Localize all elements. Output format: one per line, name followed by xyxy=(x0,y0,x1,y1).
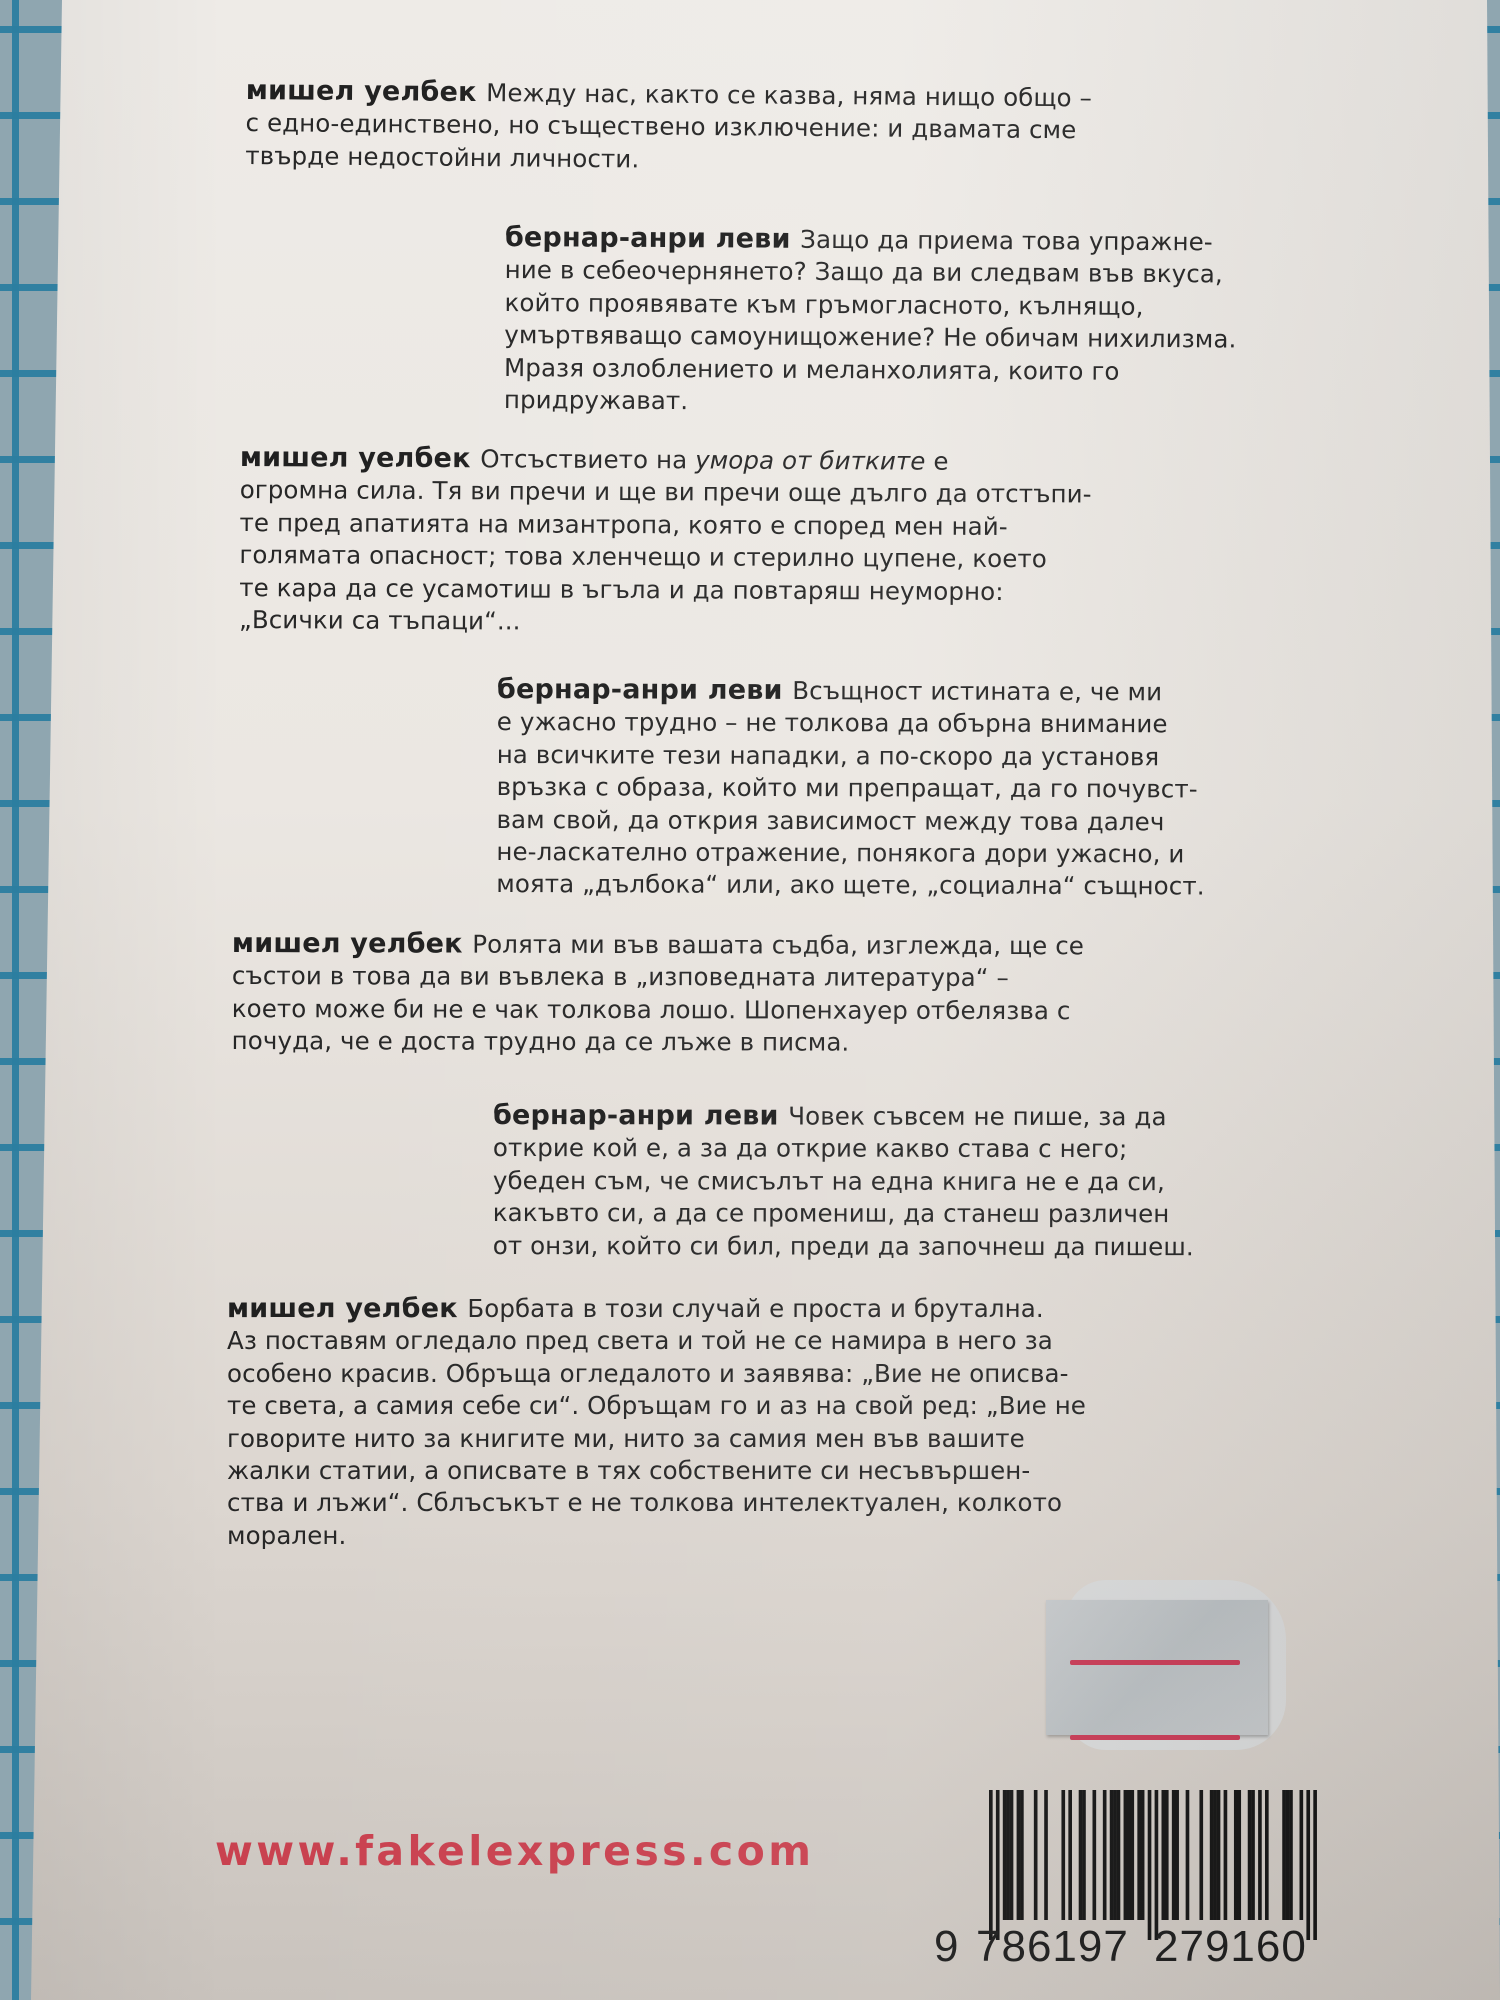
isbn-barcode: 9 786197 279160 xyxy=(934,1782,1334,1972)
publisher-url: www.fakelexpress.com xyxy=(215,1827,814,1875)
body-text: твърде недостойни личности. xyxy=(245,141,639,173)
body-text: „Всички са тъпаци“... xyxy=(239,605,521,635)
text-line: вам свой, да открия зависимост между тов… xyxy=(496,804,1204,839)
text-line: ства и лъжи“. Сблъсъкът е не толкова инт… xyxy=(227,1487,1086,1519)
isbn-left-group: 786197 xyxy=(976,1922,1129,1972)
body-text: почуда, че е доста трудно да се лъже в п… xyxy=(232,1026,850,1057)
speaker-name: мишел уелбек xyxy=(227,1293,467,1324)
text-line: те света, а самия себе си“. Обръщам го и… xyxy=(227,1390,1086,1422)
text-line: „Всички са тъпаци“... xyxy=(239,604,1091,641)
price-sticker xyxy=(1046,1570,1266,1735)
text-line: умъртвяващо самоунищожение? Не обичам ни… xyxy=(504,319,1236,356)
body-text: те пред апатията на мизантропа, която е … xyxy=(240,508,1008,541)
text-line: мишел уелбек Между нас, както се казва, … xyxy=(246,75,1092,115)
text-line: мишел уелбек Ролята ми във вашата съдба,… xyxy=(232,928,1084,963)
text-line: придружават. xyxy=(504,384,1236,421)
text-line: на всичките тези нападки, а по-скоро да … xyxy=(497,739,1205,774)
text-line: мишел уелбек Отсъствието на умора от бит… xyxy=(240,442,1092,479)
text-line: твърде недостойни личности. xyxy=(245,140,1091,180)
dialogue-entry: мишел уелбек Борбата в този случай е про… xyxy=(227,1293,1086,1552)
isbn-first-digit: 9 xyxy=(934,1922,958,1972)
body-text: състои в това да ви въвлека в „изповедна… xyxy=(232,961,1009,992)
body-text: връзка с образа, който ми препращат, да … xyxy=(497,772,1198,803)
text-line: Аз поставям огледало пред света и той не… xyxy=(227,1325,1086,1357)
text-line: те пред апатията на мизантропа, която е … xyxy=(239,507,1091,544)
dialogue-entry: бернар-анри леви Всъщност истината е, че… xyxy=(496,674,1205,903)
body-text: открие кой е, а за да открие какво става… xyxy=(493,1133,1127,1163)
text-line: от онзи, който си бил, преди да започнеш… xyxy=(493,1230,1194,1264)
speaker-name: бернар-анри леви xyxy=(505,222,800,255)
dialogue-entry: мишел уелбек Отсъствието на умора от бит… xyxy=(239,442,1092,641)
body-text: от онзи, който си бил, преди да започнеш… xyxy=(493,1231,1194,1261)
text-line: ние в себеочернянето? Защо да ви следвам… xyxy=(505,254,1237,291)
price-sticker-backing xyxy=(1066,1580,1286,1750)
speaker-name: мишел уелбек xyxy=(232,928,472,960)
body-text: моята „дълбока“ или, ако щете, „социална… xyxy=(496,869,1204,900)
body-text: с едно-единствено, но съществено изключе… xyxy=(245,108,1076,144)
body-text: убеден съм, че смисълът на една книга не… xyxy=(493,1166,1165,1196)
body-text: е ужасно трудно – не толкова да обърна в… xyxy=(497,707,1168,738)
body-text: е xyxy=(925,447,948,476)
text-line: какъвто си, а да се промениш, да станеш … xyxy=(493,1197,1194,1231)
dialogue-entry: бернар-анри леви Човек съвсем не пише, з… xyxy=(493,1100,1194,1263)
text-line: говорите нито за книгите ми, нито за сам… xyxy=(227,1423,1086,1455)
body-text: не-ласкателно отражение, понякога дори у… xyxy=(496,837,1184,868)
body-text: умъртвяващо самоунищожение? Не обичам ни… xyxy=(504,320,1236,353)
text-line: Мразя озлоблението и меланхолията, които… xyxy=(504,352,1236,389)
text-line: моята „дълбока“ или, ако щете, „социална… xyxy=(496,868,1204,903)
body-text: Мразя озлоблението и меланхолията, които… xyxy=(504,353,1120,386)
body-text: придружават. xyxy=(504,385,688,415)
body-text: какъвто си, а да се промениш, да станеш … xyxy=(493,1198,1170,1228)
barcode-bars xyxy=(934,1782,1334,1972)
text-line: състои в това да ви въвлека в „изповедна… xyxy=(232,960,1084,995)
speaker-name: мишел уелбек xyxy=(240,442,480,474)
text-line: с едно-единствено, но съществено изключе… xyxy=(245,107,1091,147)
text-line: връзка с образа, който ми препращат, да … xyxy=(497,771,1205,806)
dialogue-entry: мишел уелбек Ролята ми във вашата съдба,… xyxy=(232,928,1084,1060)
speaker-name: бернар-анри леви xyxy=(493,1100,788,1132)
text-line: особено красив. Обръща огледалото и заяв… xyxy=(227,1358,1086,1390)
body-text: което може би не е чак толкова лошо. Шоп… xyxy=(232,994,1071,1025)
price-sticker-rule xyxy=(1070,1735,1240,1740)
body-text: огромна сила. Тя ви пречи и ще ви пречи … xyxy=(240,475,1092,508)
body-text: Ролята ми във вашата съдба, изглежда, ще… xyxy=(472,930,1084,961)
body-text: вам свой, да открия зависимост между тов… xyxy=(496,805,1164,836)
text-line: голямата опасност; това хленчещо и стери… xyxy=(239,539,1091,576)
text-line: не-ласкателно отражение, понякога дори у… xyxy=(496,836,1204,871)
isbn-right-group: 279160 xyxy=(1154,1922,1307,1972)
body-text: на всичките тези нападки, а по-скоро да … xyxy=(497,740,1160,771)
text-line: е ужасно трудно – не толкова да обърна в… xyxy=(497,706,1205,741)
text-line: бернар-анри леви Защо да приема това упр… xyxy=(505,222,1237,259)
body-text: Човек съвсем не пише, за да xyxy=(788,1102,1166,1132)
price-sticker-rule xyxy=(1070,1660,1240,1665)
body-text: те кара да се усамотиш в ъгъла и да повт… xyxy=(239,573,1004,606)
text-line: открие кой е, а за да открие какво става… xyxy=(493,1132,1194,1166)
text-line: бернар-анри леви Всъщност истината е, че… xyxy=(497,674,1205,709)
text-line: което може би не е чак толкова лошо. Шоп… xyxy=(232,993,1084,1028)
text-line: бернар-анри леви Човек съвсем не пише, з… xyxy=(493,1100,1194,1134)
body-text: Всъщност истината е, че ми xyxy=(792,676,1162,706)
body-text: говорите нито за книгите ми, нито за сам… xyxy=(227,1424,1025,1453)
dialogue-entry: мишел уелбек Между нас, както се казва, … xyxy=(245,75,1092,180)
body-text: морален. xyxy=(227,1521,346,1550)
body-text: Защо да приема това упражне- xyxy=(800,225,1213,257)
body-text: ства и лъжи“. Сблъсъкът е не толкова инт… xyxy=(227,1488,1062,1517)
speaker-name: бернар-анри леви xyxy=(497,674,792,706)
text-line: убеден съм, че смисълът на една книга не… xyxy=(493,1165,1194,1199)
text-line: те кара да се усамотиш в ъгъла и да повт… xyxy=(239,572,1091,609)
body-text: особено красив. Обръща огледалото и заяв… xyxy=(227,1359,1069,1388)
speaker-name: мишел уелбек xyxy=(246,75,487,108)
text-line: жалки статии, а описвате в тях собствени… xyxy=(227,1455,1086,1487)
body-text: Аз поставям огледало пред света и той не… xyxy=(227,1326,1053,1355)
body-text: голямата опасност; това хленчещо и стери… xyxy=(239,540,1047,573)
text-line: мишел уелбек Борбата в този случай е про… xyxy=(227,1293,1086,1325)
emphasis-text: умора от битките xyxy=(695,445,925,475)
body-text: Между нас, както се казва, няма нищо общ… xyxy=(486,78,1092,112)
body-text: те света, а самия себе си“. Обръщам го и… xyxy=(227,1391,1086,1420)
body-text: който проявявате към гръмогласното, кълн… xyxy=(504,288,1143,321)
book-back-cover: мишел уелбек Между нас, както се казва, … xyxy=(0,0,1500,2000)
body-text: ние в себеочернянето? Защо да ви следвам… xyxy=(505,255,1223,288)
text-line: почуда, че е доста трудно да се лъже в п… xyxy=(232,1025,1084,1060)
text-line: морален. xyxy=(227,1520,1086,1552)
price-sticker-label xyxy=(1046,1600,1268,1735)
text-line: който проявявате към гръмогласното, кълн… xyxy=(504,287,1236,324)
body-text: жалки статии, а описвате в тях собствени… xyxy=(227,1456,1030,1485)
body-text: Борбата в този случай е проста и бруталн… xyxy=(467,1294,1043,1323)
text-line: огромна сила. Тя ви пречи и ще ви пречи … xyxy=(240,474,1092,511)
dialogue-entry: бернар-анри леви Защо да приема това упр… xyxy=(504,222,1237,421)
body-text: Отсъствието на xyxy=(480,444,695,474)
